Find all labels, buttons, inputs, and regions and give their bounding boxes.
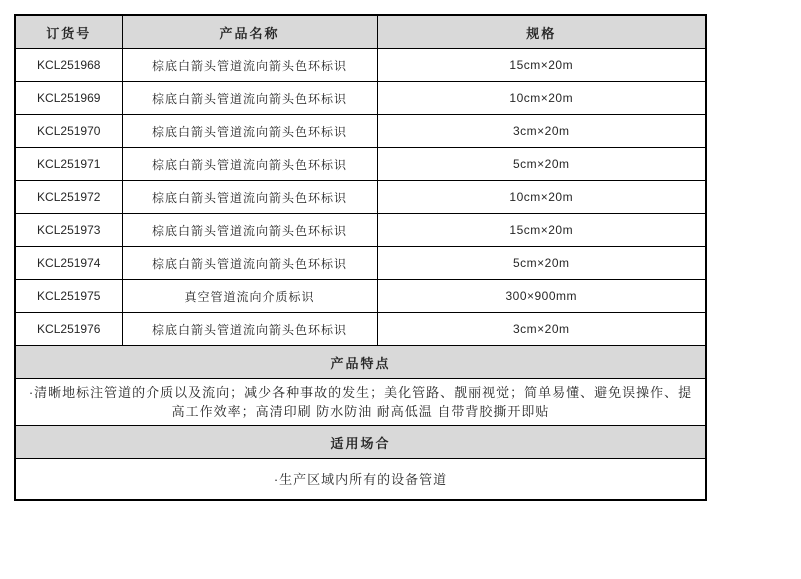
order-no-cell: KCL251974 — [15, 247, 122, 280]
spec-cell: 5cm×20m — [377, 148, 706, 181]
product-name-cell: 棕底白箭头管道流向箭头色环标识 — [122, 214, 377, 247]
product-spec-table: 订货号 产品名称 规格 KCL251968 棕底白箭头管道流向箭头色环标识 15… — [14, 14, 707, 501]
features-text: ·清晰地标注管道的介质以及流向；减少各种事故的发生；美化管路、靓丽视觉；简单易懂… — [15, 379, 706, 426]
table-row: KCL251975 真空管道流向介质标识 300×900mm — [15, 280, 706, 313]
order-no-cell: KCL251968 — [15, 49, 122, 82]
column-header-spec: 规格 — [377, 15, 706, 49]
product-name-cell: 棕底白箭头管道流向箭头色环标识 — [122, 313, 377, 346]
product-name-cell: 棕底白箭头管道流向箭头色环标识 — [122, 247, 377, 280]
product-name-cell: 棕底白箭头管道流向箭头色环标识 — [122, 181, 377, 214]
table-row: KCL251974 棕底白箭头管道流向箭头色环标识 5cm×20m — [15, 247, 706, 280]
order-no-cell: KCL251970 — [15, 115, 122, 148]
order-no-cell: KCL251973 — [15, 214, 122, 247]
spec-cell: 300×900mm — [377, 280, 706, 313]
usage-text: ·生产区域内所有的设备管道 — [15, 459, 706, 501]
table-row: KCL251970 棕底白箭头管道流向箭头色环标识 3cm×20m — [15, 115, 706, 148]
order-no-cell: KCL251975 — [15, 280, 122, 313]
column-header-order-no: 订货号 — [15, 15, 122, 49]
spec-cell: 5cm×20m — [377, 247, 706, 280]
table-row: KCL251976 棕底白箭头管道流向箭头色环标识 3cm×20m — [15, 313, 706, 346]
table-row: KCL251972 棕底白箭头管道流向箭头色环标识 10cm×20m — [15, 181, 706, 214]
order-no-cell: KCL251976 — [15, 313, 122, 346]
spec-cell: 3cm×20m — [377, 313, 706, 346]
product-name-cell: 棕底白箭头管道流向箭头色环标识 — [122, 49, 377, 82]
table-row: KCL251973 棕底白箭头管道流向箭头色环标识 15cm×20m — [15, 214, 706, 247]
product-name-cell: 真空管道流向介质标识 — [122, 280, 377, 313]
order-no-cell: KCL251972 — [15, 181, 122, 214]
spec-cell: 15cm×20m — [377, 49, 706, 82]
usage-text-row: ·生产区域内所有的设备管道 — [15, 459, 706, 501]
order-no-cell: KCL251971 — [15, 148, 122, 181]
spec-cell: 3cm×20m — [377, 115, 706, 148]
features-title: 产品特点 — [15, 346, 706, 379]
features-text-row: ·清晰地标注管道的介质以及流向；减少各种事故的发生；美化管路、靓丽视觉；简单易懂… — [15, 379, 706, 426]
table-row: KCL251971 棕底白箭头管道流向箭头色环标识 5cm×20m — [15, 148, 706, 181]
table-row: KCL251969 棕底白箭头管道流向箭头色环标识 10cm×20m — [15, 82, 706, 115]
usage-header-row: 适用场合 — [15, 426, 706, 459]
spec-cell: 10cm×20m — [377, 181, 706, 214]
usage-title: 适用场合 — [15, 426, 706, 459]
order-no-cell: KCL251969 — [15, 82, 122, 115]
features-header-row: 产品特点 — [15, 346, 706, 379]
column-header-product-name: 产品名称 — [122, 15, 377, 49]
table-header-row: 订货号 产品名称 规格 — [15, 15, 706, 49]
spec-cell: 15cm×20m — [377, 214, 706, 247]
product-name-cell: 棕底白箭头管道流向箭头色环标识 — [122, 82, 377, 115]
table-row: KCL251968 棕底白箭头管道流向箭头色环标识 15cm×20m — [15, 49, 706, 82]
product-name-cell: 棕底白箭头管道流向箭头色环标识 — [122, 115, 377, 148]
spec-cell: 10cm×20m — [377, 82, 706, 115]
product-name-cell: 棕底白箭头管道流向箭头色环标识 — [122, 148, 377, 181]
